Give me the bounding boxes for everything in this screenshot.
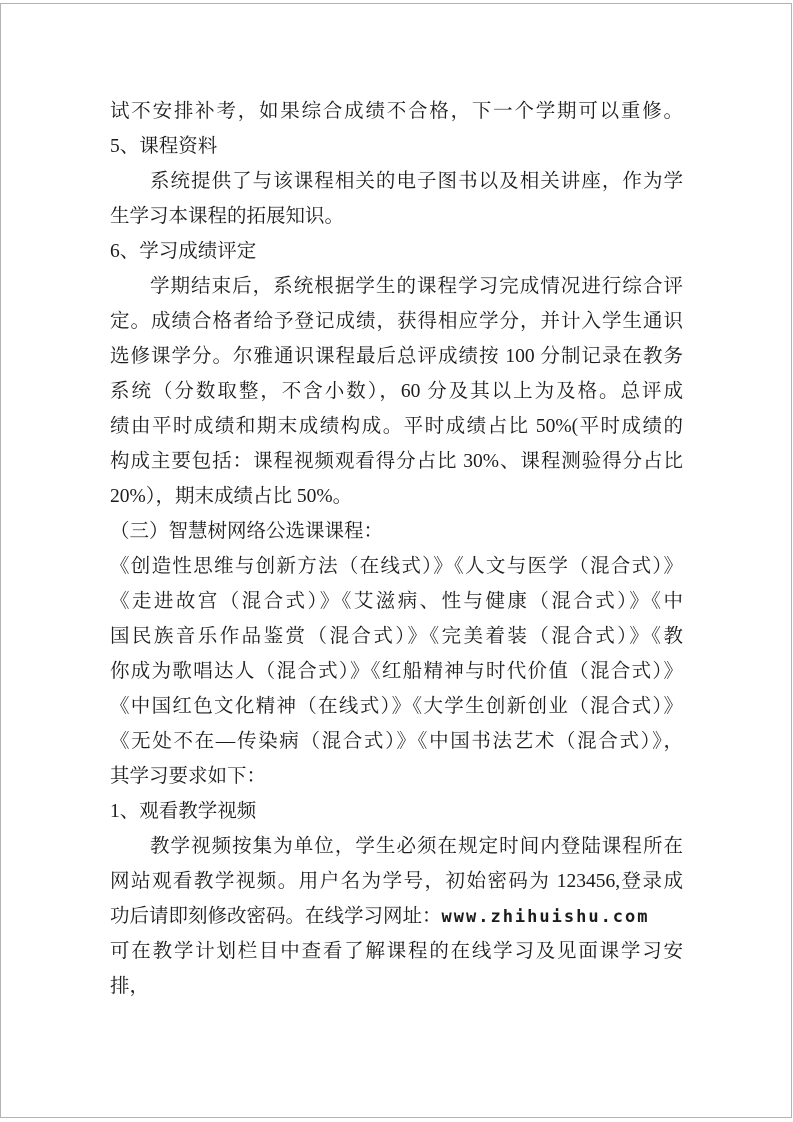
text-line-content: 生学习本课程的拓展知识。: [110, 206, 344, 227]
text-line-content: 可在教学计划栏目中查看了解课程的在线学习及见面课学习安: [110, 941, 683, 962]
text-line-content: （三）智慧树网络公选课课程：: [110, 521, 383, 542]
text-line: 《无处不在—传染病（混合式）》《中国书法艺术（混合式）》，: [110, 724, 683, 759]
text-line: 《中国红色文化精神（在线式）》《大学生创新创业（混合式）》: [110, 689, 683, 724]
text-line: 可在教学计划栏目中查看了解课程的在线学习及见面课学习安: [110, 934, 683, 969]
text-line: 绩由平时成绩和期末成绩构成。平时成绩占比 50%(平时成绩的: [110, 409, 683, 444]
text-line: 试不安排补考，如果综合成绩不合格，下一个学期可以重修。: [110, 94, 683, 129]
text-line: 《创造性思维与创新方法（在线式）》《人文与医学（混合式）》: [110, 549, 683, 584]
text-line-content: 教学视频按集为单位，学生必须在规定时间内登陆课程所在: [150, 836, 683, 857]
text-line: 选修课学分。尔雅通识课程最后总评成绩按 100 分制记录在教务: [110, 339, 683, 374]
text-line-content: 功后请即刻修改密码。在线学习网址：: [110, 906, 442, 927]
text-line: 学期结束后，系统根据学生的课程学习完成情况进行综合评: [110, 269, 683, 304]
text-line-content: 20%），期末成绩占比 50%。: [110, 486, 352, 507]
text-line: 5、课程资料: [110, 129, 683, 164]
text-line: 功后请即刻修改密码。在线学习网址：www.zhihuishu.com: [110, 899, 683, 934]
text-line-content: 《无处不在—传染病（混合式）》《中国书法艺术（混合式）》，: [110, 731, 683, 752]
text-line-content: 《走进故宫（混合式）》《艾滋病、性与健康（混合式）》《中: [110, 591, 683, 612]
text-line: 其学习要求如下：: [110, 759, 683, 794]
text-line-content: 定。成绩合格者给予登记成绩，获得相应学分，并计入学生通识: [110, 311, 683, 332]
text-line-content: 你成为歌唱达人（混合式）》《红船精神与时代价值（混合式）》: [110, 661, 683, 682]
text-line: 你成为歌唱达人（混合式）》《红船精神与时代价值（混合式）》: [110, 654, 683, 689]
text-line: 6、学习成绩评定: [110, 234, 683, 269]
text-line-content: 绩由平时成绩和期末成绩构成。平时成绩占比 50%(平时成绩的: [110, 416, 683, 437]
text-line-content: 排，: [110, 976, 149, 997]
text-line: （三）智慧树网络公选课课程：: [110, 514, 683, 549]
text-line-content: 构成主要包括：课程视频观看得分占比 30%、课程测验得分占比: [110, 451, 683, 472]
text-line: 国民族音乐作品鉴赏（混合式）》《完美着装（混合式）》《教: [110, 619, 683, 654]
text-line: 排，: [110, 969, 683, 1004]
text-line-content: 国民族音乐作品鉴赏（混合式）》《完美着装（混合式）》《教: [110, 626, 683, 647]
text-line-content: 1、观看教学视频: [110, 801, 256, 822]
text-line: 20%），期末成绩占比 50%。: [110, 479, 683, 514]
text-line: 1、观看教学视频: [110, 794, 683, 829]
text-line: 构成主要包括：课程视频观看得分占比 30%、课程测验得分占比: [110, 444, 683, 479]
text-line: 系统（分数取整，不含小数），60 分及其以上为及格。总评成: [110, 374, 683, 409]
text-line: 系统提供了与该课程相关的电子图书以及相关讲座，作为学: [110, 164, 683, 199]
text-line-content: 系统提供了与该课程相关的电子图书以及相关讲座，作为学: [150, 171, 683, 192]
text-line: 生学习本课程的拓展知识。: [110, 199, 683, 234]
text-line-content: 学期结束后，系统根据学生的课程学习完成情况进行综合评: [150, 276, 683, 297]
text-line-content: 试不安排补考，如果综合成绩不合格，下一个学期可以重修。: [110, 101, 683, 122]
text-line-content: 6、学习成绩评定: [110, 241, 256, 262]
text-line-content: 选修课学分。尔雅通识课程最后总评成绩按 100 分制记录在教务: [110, 346, 683, 367]
text-line-content: 5、课程资料: [110, 136, 217, 157]
text-line-content: 网站观看教学视频。用户名为学号，初始密码为 123456,登录成: [110, 871, 683, 892]
document-body: 试不安排补考，如果综合成绩不合格，下一个学期可以重修。5、课程资料系统提供了与该…: [110, 94, 683, 1004]
text-line: 《走进故宫（混合式）》《艾滋病、性与健康（混合式）》《中: [110, 584, 683, 619]
text-line-content: 系统（分数取整，不含小数），60 分及其以上为及格。总评成: [110, 381, 683, 402]
text-line: 网站观看教学视频。用户名为学号，初始密码为 123456,登录成: [110, 864, 683, 899]
text-line-content: 《创造性思维与创新方法（在线式）》《人文与医学（混合式）》: [110, 556, 683, 577]
text-line-content: 《中国红色文化精神（在线式）》《大学生创新创业（混合式）》: [110, 696, 683, 717]
text-line-content: 其学习要求如下：: [110, 766, 266, 787]
text-line: 教学视频按集为单位，学生必须在规定时间内登陆课程所在: [110, 829, 683, 864]
text-line: 定。成绩合格者给予登记成绩，获得相应学分，并计入学生通识: [110, 304, 683, 339]
zhihuishu-url: www.zhihuishu.com: [442, 907, 650, 927]
